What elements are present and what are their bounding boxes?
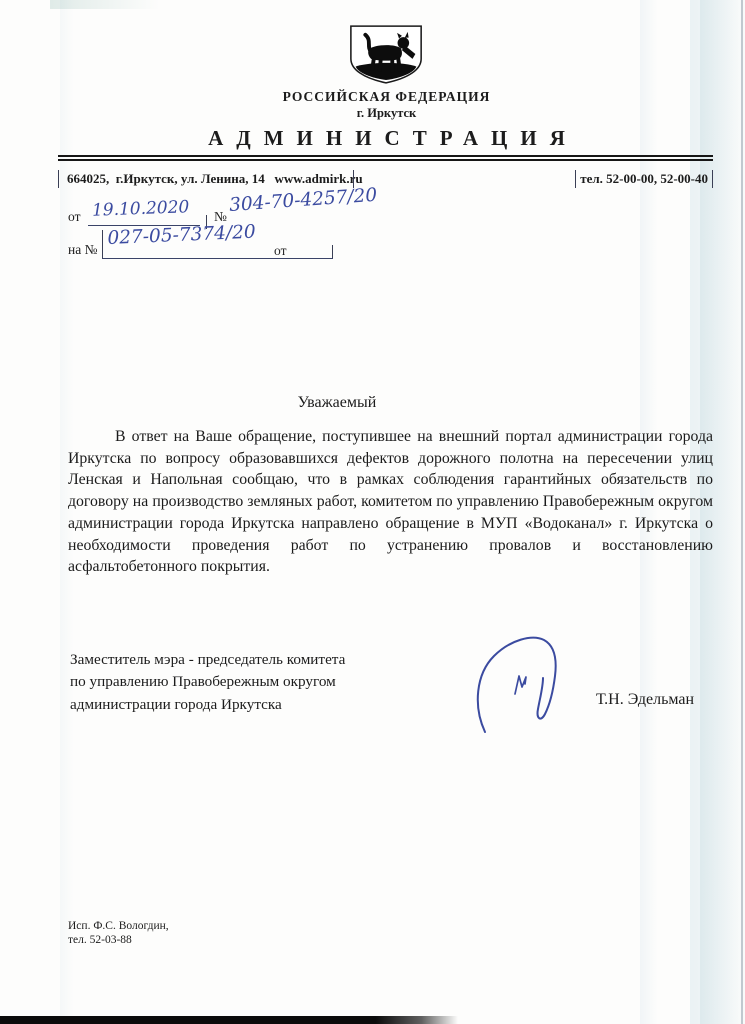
country-name: РОССИЙСКАЯ ФЕДЕРАЦИЯ <box>14 89 745 105</box>
handwritten-outgoing-number: 304-70-4257/20 <box>229 185 378 216</box>
header-divider-rule <box>58 155 713 161</box>
from-label: от <box>68 209 80 225</box>
city-name: г. Иркутск <box>14 106 745 121</box>
executor-block: Исп. Ф.С. Вологдин, тел. 52-03-88 <box>68 920 169 947</box>
letterhead: РОССИЙСКАЯ ФЕДЕРАЦИЯ г. Иркутск <box>14 24 745 121</box>
date-field-underline: 19.10.2020 <box>88 197 200 226</box>
executor-name: Исп. Ф.С. Вологдин, <box>68 920 169 934</box>
irkutsk-babr-emblem-icon <box>348 24 425 85</box>
signer-name: Т.Н. Эдельман <box>596 691 694 709</box>
greeting-line: Уважаемый <box>0 394 674 412</box>
executor-phone: тел. 52-03-88 <box>68 934 169 948</box>
org-phone: тел. 52-00-00, 52-00-40 <box>575 170 713 188</box>
handwritten-date: 19.10.2020 <box>92 197 190 220</box>
letter-body-paragraph: В ответ на Ваше обращение, поступившее н… <box>68 426 713 578</box>
signer-position-line: Заместитель мэра - председатель комитета <box>70 649 345 671</box>
org-address: 664025, г.Иркутск, ул. Ленина, 14 www.ad… <box>58 170 363 188</box>
signer-position-line: по управлению Правобережным округом <box>70 671 345 693</box>
address-row: 664025, г.Иркутск, ул. Ленина, 14 www.ad… <box>58 169 713 189</box>
field-tick <box>332 245 333 258</box>
signer-position-line: администрации города Иркутска <box>70 694 345 716</box>
scan-right-edge-line <box>741 0 743 1024</box>
reply-from-label: от <box>274 243 286 259</box>
scan-bottom-black-bar <box>0 1016 458 1024</box>
reply-to-label: на № <box>68 242 97 258</box>
signer-position: Заместитель мэра - председатель комитета… <box>70 649 345 716</box>
org-title: АДМИНИСТРАЦИЯ <box>14 126 745 151</box>
handwritten-signature-icon <box>468 632 578 738</box>
scanned-letter-page: РОССИЙСКАЯ ФЕДЕРАЦИЯ г. Иркутск АДМИНИСТ… <box>0 0 745 1024</box>
